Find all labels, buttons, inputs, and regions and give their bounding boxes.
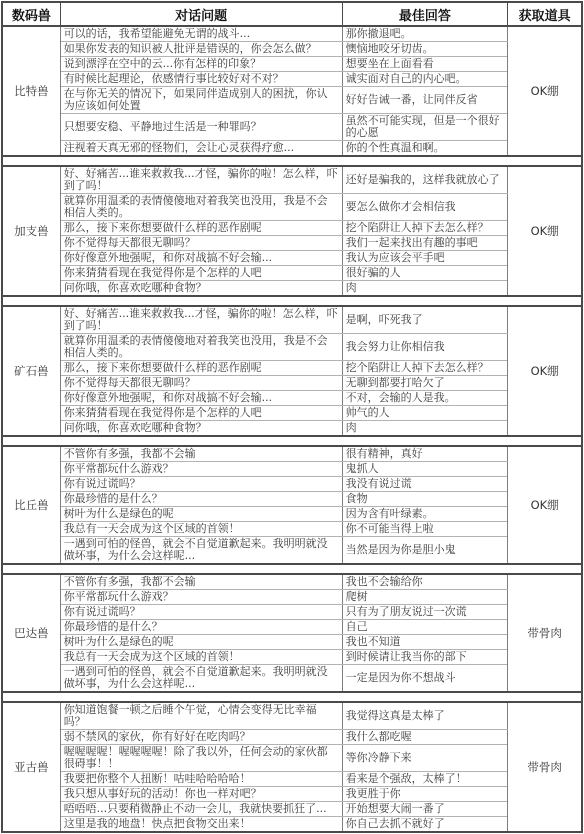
- table-row: 你平常都玩什么游戏？鬼抓人: [2, 462, 582, 477]
- table-row: 那么，接下来你想要做什么样的恶作剧呢挖个陷阱让人掉下去怎么样？: [2, 361, 582, 376]
- answer-cell: 那你撤退吧。: [342, 26, 508, 42]
- answer-cell: 很有精神，真好: [342, 446, 508, 462]
- table-row: 问你哦，你喜欢吃哪种食物？肉: [2, 281, 582, 297]
- section-gap-row: [2, 296, 582, 306]
- question-cell: 如果你发表的知识被人批评是错误的，你会怎么做？: [60, 42, 342, 57]
- table-row: 比丘兽不管你有多强，我都不会输很有精神，真好OK绷: [2, 446, 582, 462]
- table-row: 我总有一天会成为这个区域的首领！你不可能当得上啦: [2, 522, 582, 537]
- table-row: 巴达兽不管你有多强，我都不会输我也不会输给你带骨肉: [2, 574, 582, 590]
- answer-cell: 看来是个强敌，太棒了！: [342, 772, 508, 787]
- question-cell: 就算你用温柔的表情傻傻地对着我笑也没用，我是不会相信人类的。: [60, 194, 342, 221]
- answer-cell: 一定是因为你不想战斗: [342, 665, 508, 693]
- question-cell: 一遇到可怕的怪兽，就会不自觉道歉起来。我明明就没做坏事，为什么会这样呢...: [60, 665, 342, 693]
- digimon-name-cell: 亚古兽: [2, 702, 60, 832]
- section-gap-row: [2, 436, 582, 446]
- question-cell: 你最珍惜的是什么？: [60, 492, 342, 507]
- answer-cell: 我认为应该会平手吧: [342, 251, 508, 266]
- answer-cell: 肉: [342, 421, 508, 437]
- digimon-name-cell: 比丘兽: [2, 446, 60, 564]
- question-cell: 一遇到可怕的怪兽，就会不自觉道歉起来。我明明就没做坏事，为什么会这样呢...: [60, 537, 342, 565]
- section-gap-cell: [2, 156, 582, 166]
- question-cell: 你平常都玩什么游戏？: [60, 462, 342, 477]
- question-cell: 树叶为什么是绿色的呢: [60, 507, 342, 522]
- item-cell: 带骨肉: [508, 574, 582, 692]
- table-row: 我只想从事好玩的活动！你也一样对吧？我更胜于你: [2, 787, 582, 802]
- table-row: 有时候比起理论，依感情行事比较好对不对？诚实面对自己的内心吧。: [2, 72, 582, 87]
- question-cell: 你平常都玩什么游戏？: [60, 590, 342, 605]
- answer-cell: 鬼抓人: [342, 462, 508, 477]
- question-cell: 你不觉得每天都很无聊吗？: [60, 376, 342, 391]
- question-cell: 弱不禁风的家伙，你有好好在吃肉吗？: [60, 730, 342, 745]
- question-cell: 好、好痛苦...谁来救救我...才怪，骗你的啦！怎么样，吓到了吗！: [60, 306, 342, 334]
- answer-cell: 挖个陷阱让人掉下去怎么样？: [342, 221, 508, 236]
- answer-cell: 食物: [342, 492, 508, 507]
- table-row: 你最珍惜的是什么？自己: [2, 620, 582, 635]
- question-cell: 你有说过谎吗？: [60, 605, 342, 620]
- answer-cell: 到时候请让我当你的部下: [342, 650, 508, 665]
- digimon-name-cell: 比特兽: [2, 26, 60, 156]
- question-cell: 有时候比起理论，依感情行事比较好对不对？: [60, 72, 342, 87]
- table-row: 一遇到可怕的怪兽，就会不自觉道歉起来。我明明就没做坏事，为什么会这样呢...一定…: [2, 665, 582, 693]
- answer-cell: 还好是骗我的，这样我就放心了: [342, 166, 508, 194]
- answer-cell: 我更胜于你: [342, 787, 508, 802]
- table-row: 问你哦，你喜欢吃哪种食物？肉: [2, 421, 582, 437]
- item-cell: 带骨肉: [508, 702, 582, 832]
- table-row: 一遇到可怕的怪兽，就会不自觉道歉起来。我明明就没做坏事，为什么会这样呢...当然…: [2, 537, 582, 565]
- answer-cell: 你自己去抓不就好了: [342, 817, 508, 833]
- answer-cell: 好好告诫一番，让同伴反省: [342, 87, 508, 114]
- answer-cell: 肉: [342, 281, 508, 297]
- col-header-best-answer: 最佳回答: [342, 2, 508, 26]
- answer-cell: 想要坐在上面看看: [342, 57, 508, 72]
- table-row: 我要把你整个人扭断！咕哇哈哈哈哈！看来是个强敌，太棒了！: [2, 772, 582, 787]
- question-cell: 你好像意外地强呢，和你对战搞不好会输...: [60, 391, 342, 406]
- question-cell: 你知道饱餐一顿之后睡个午觉，心情会变得无比幸福吗？: [60, 702, 342, 730]
- answer-cell: 虽然不可能实现，但是一个很好的心愿: [342, 114, 508, 141]
- table-row: 加支兽好、好痛苦...谁来救救我...才怪，骗你的啦！怎么样，吓到了吗！还好是骗…: [2, 166, 582, 194]
- table-row: 你来猜猜看现在我觉得你是个怎样的人吧帅气的人: [2, 406, 582, 421]
- question-cell: 就算你用温柔的表情傻傻地对着我笑也没用，我是不会相信人类的。: [60, 334, 342, 361]
- answer-cell: 因为含有叶绿素。: [342, 507, 508, 522]
- answer-cell: 我觉得这真是太棒了: [342, 702, 508, 730]
- answer-cell: 要怎么做你才会相信我: [342, 194, 508, 221]
- digimon-name-cell: 加支兽: [2, 166, 60, 296]
- question-cell: 你有说过谎吗？: [60, 477, 342, 492]
- answer-cell: 我没有说过谎: [342, 477, 508, 492]
- table-row: 你好像意外地强呢，和你对战搞不好会输...我认为应该会平手吧: [2, 251, 582, 266]
- answer-cell: 懊恼地咬牙切齿。: [342, 42, 508, 57]
- table-row: 弱不禁风的家伙，你有好好在吃肉吗？我什么都吃喔: [2, 730, 582, 745]
- answer-cell: 无聊到都要打哈欠了: [342, 376, 508, 391]
- item-cell: OK绷: [508, 306, 582, 436]
- section-gap-row: [2, 564, 582, 574]
- table-row: 你好像意外地强呢，和你对战搞不好会输...不对，会输的人是我。: [2, 391, 582, 406]
- digimon-name-cell: 巴达兽: [2, 574, 60, 692]
- answer-cell: 很好骗的人: [342, 266, 508, 281]
- question-cell: 只想要安稳、平静地过生活是一种罪吗？: [60, 114, 342, 141]
- table-row: 你不觉得每天都很无聊吗？我们一起来找出有趣的事吧: [2, 236, 582, 251]
- section-gap-cell: [2, 692, 582, 702]
- answer-cell: 等你冷静下来: [342, 745, 508, 772]
- item-cell: OK绷: [508, 166, 582, 296]
- answer-cell: 我也不会输给你: [342, 574, 508, 590]
- table-row: 就算你用温柔的表情傻傻地对着我笑也没用，我是不会相信人类的。要怎么做你才会相信我: [2, 194, 582, 221]
- question-cell: 问你哦，你喜欢吃哪种食物？: [60, 281, 342, 297]
- question-cell: 你最珍惜的是什么？: [60, 620, 342, 635]
- question-cell: 那么，接下来你想要做什么样的恶作剧呢: [60, 361, 342, 376]
- table-row: 那么，接下来你想要做什么样的恶作剧呢挖个陷阱让人掉下去怎么样？: [2, 221, 582, 236]
- answer-cell: 当然是因为你是胆小鬼: [342, 537, 508, 565]
- table-row: 树叶为什么是绿色的呢我也不知道: [2, 635, 582, 650]
- question-cell: 注视着天真无邪的怪物们，会让心灵获得疗愈...: [60, 141, 342, 157]
- question-cell: 我总有一天会成为这个区域的首领！: [60, 650, 342, 665]
- answer-cell: 我也不知道: [342, 635, 508, 650]
- answer-cell: 诚实面对自己的内心吧。: [342, 72, 508, 87]
- question-cell: 那么，接下来你想要做什么样的恶作剧呢: [60, 221, 342, 236]
- answer-cell: 你的个性真温和啊。: [342, 141, 508, 157]
- answer-cell: 挖个陷阱让人掉下去怎么样？: [342, 361, 508, 376]
- answer-cell: 我什么都吃喔: [342, 730, 508, 745]
- table-row: 你最珍惜的是什么？食物: [2, 492, 582, 507]
- question-cell: 你来猜猜看现在我觉得你是个怎样的人吧: [60, 266, 342, 281]
- question-cell: 这里是我的地盘！快点把食物交出来！: [60, 817, 342, 833]
- question-cell: 你好像意外地强呢，和你对战搞不好会输...: [60, 251, 342, 266]
- section-gap-cell: [2, 296, 582, 306]
- digimon-name-cell: 矿石兽: [2, 306, 60, 436]
- section-gap-row: [2, 156, 582, 166]
- question-cell: 树叶为什么是绿色的呢: [60, 635, 342, 650]
- item-cell: OK绷: [508, 26, 582, 156]
- question-cell: 说到漂浮在空中的云...你有怎样的印象？: [60, 57, 342, 72]
- answer-cell: 我会努力让你相信我: [342, 334, 508, 361]
- table-row: 说到漂浮在空中的云...你有怎样的印象？想要坐在上面看看: [2, 57, 582, 72]
- table-row: 注视着天真无邪的怪物们，会让心灵获得疗愈...你的个性真温和啊。: [2, 141, 582, 157]
- answer-cell: 不对，会输的人是我。: [342, 391, 508, 406]
- question-cell: 在与你无关的情况下，如果同伴造成别人的困扰，你认为应该如何处置: [60, 87, 342, 114]
- col-header-question: 对话问题: [60, 2, 342, 26]
- question-cell: 你来猜猜看现在我觉得你是个怎样的人吧: [60, 406, 342, 421]
- table-row: 喔喔喔喔！喔喔喔喔！除了我以外，任何会动的家伙都很碍事！！等你冷静下来: [2, 745, 582, 772]
- item-cell: OK绷: [508, 446, 582, 564]
- table-row: 你不觉得每天都很无聊吗？无聊到都要打哈欠了: [2, 376, 582, 391]
- table-row: 你有说过谎吗？我没有说过谎: [2, 477, 582, 492]
- question-cell: 喔喔喔喔！喔喔喔喔！除了我以外，任何会动的家伙都很碍事！！: [60, 745, 342, 772]
- question-cell: 我只想从事好玩的活动！你也一样对吧？: [60, 787, 342, 802]
- question-cell: 不管你有多强，我都不会输: [60, 446, 342, 462]
- table-row: 我总有一天会成为这个区域的首领！到时候请让我当你的部下: [2, 650, 582, 665]
- question-cell: 你不觉得每天都很无聊吗？: [60, 236, 342, 251]
- question-cell: 我总有一天会成为这个区域的首领！: [60, 522, 342, 537]
- col-header-digimon: 数码兽: [2, 2, 60, 26]
- answer-cell: 自己: [342, 620, 508, 635]
- answer-cell: 帅气的人: [342, 406, 508, 421]
- question-cell: 可以的话，我希望能避免无谓的战斗...: [60, 26, 342, 42]
- table-row: 比特兽可以的话，我希望能避免无谓的战斗...那你撤退吧。OK绷: [2, 26, 582, 42]
- table-row: 只想要安稳、平静地过生活是一种罪吗？虽然不可能实现，但是一个很好的心愿: [2, 114, 582, 141]
- col-header-item: 获取道具: [508, 2, 582, 26]
- table-row: 唔唔唔...只要稍微静止不动一会儿，我就快要抓狂了...开始想要大闹一番了: [2, 802, 582, 817]
- guide-page: 数码兽 对话问题 最佳回答 获取道具 比特兽可以的话，我希望能避免无谓的战斗..…: [0, 0, 584, 834]
- answer-cell: 我们一起来找出有趣的事吧: [342, 236, 508, 251]
- table-row: 亚古兽你知道饱餐一顿之后睡个午觉，心情会变得无比幸福吗？我觉得这真是太棒了带骨肉: [2, 702, 582, 730]
- table-row: 就算你用温柔的表情傻傻地对着我笑也没用，我是不会相信人类的。我会努力让你相信我: [2, 334, 582, 361]
- header-row: 数码兽 对话问题 最佳回答 获取道具: [2, 2, 582, 26]
- table-row: 这里是我的地盘！快点把食物交出来！你自己去抓不就好了: [2, 817, 582, 833]
- question-cell: 我要把你整个人扭断！咕哇哈哈哈哈！: [60, 772, 342, 787]
- answer-cell: 只有为了朋友说过一次谎: [342, 605, 508, 620]
- question-cell: 好、好痛苦...谁来救救我...才怪，骗你的啦！怎么样，吓到了吗！: [60, 166, 342, 194]
- table-row: 你来猜猜看现在我觉得你是个怎样的人吧很好骗的人: [2, 266, 582, 281]
- section-gap-cell: [2, 436, 582, 446]
- answer-cell: 爬树: [342, 590, 508, 605]
- digimon-dialogue-table: 数码兽 对话问题 最佳回答 获取道具 比特兽可以的话，我希望能避免无谓的战斗..…: [1, 1, 583, 833]
- answer-cell: 开始想要大闹一番了: [342, 802, 508, 817]
- question-cell: 不管你有多强，我都不会输: [60, 574, 342, 590]
- table-row: 在与你无关的情况下，如果同伴造成别人的困扰，你认为应该如何处置好好告诫一番，让同…: [2, 87, 582, 114]
- section-gap-row: [2, 692, 582, 702]
- table-row: 树叶为什么是绿色的呢因为含有叶绿素。: [2, 507, 582, 522]
- question-cell: 问你哦，你喜欢吃哪种食物？: [60, 421, 342, 437]
- table-row: 矿石兽好、好痛苦...谁来救救我...才怪，骗你的啦！怎么样，吓到了吗！是啊，吓…: [2, 306, 582, 334]
- table-row: 你有说过谎吗？只有为了朋友说过一次谎: [2, 605, 582, 620]
- answer-cell: 你不可能当得上啦: [342, 522, 508, 537]
- answer-cell: 是啊，吓死我了: [342, 306, 508, 334]
- table-row: 你平常都玩什么游戏？爬树: [2, 590, 582, 605]
- question-cell: 唔唔唔...只要稍微静止不动一会儿，我就快要抓狂了...: [60, 802, 342, 817]
- table-row: 如果你发表的知识被人批评是错误的，你会怎么做？懊恼地咬牙切齿。: [2, 42, 582, 57]
- section-gap-cell: [2, 564, 582, 574]
